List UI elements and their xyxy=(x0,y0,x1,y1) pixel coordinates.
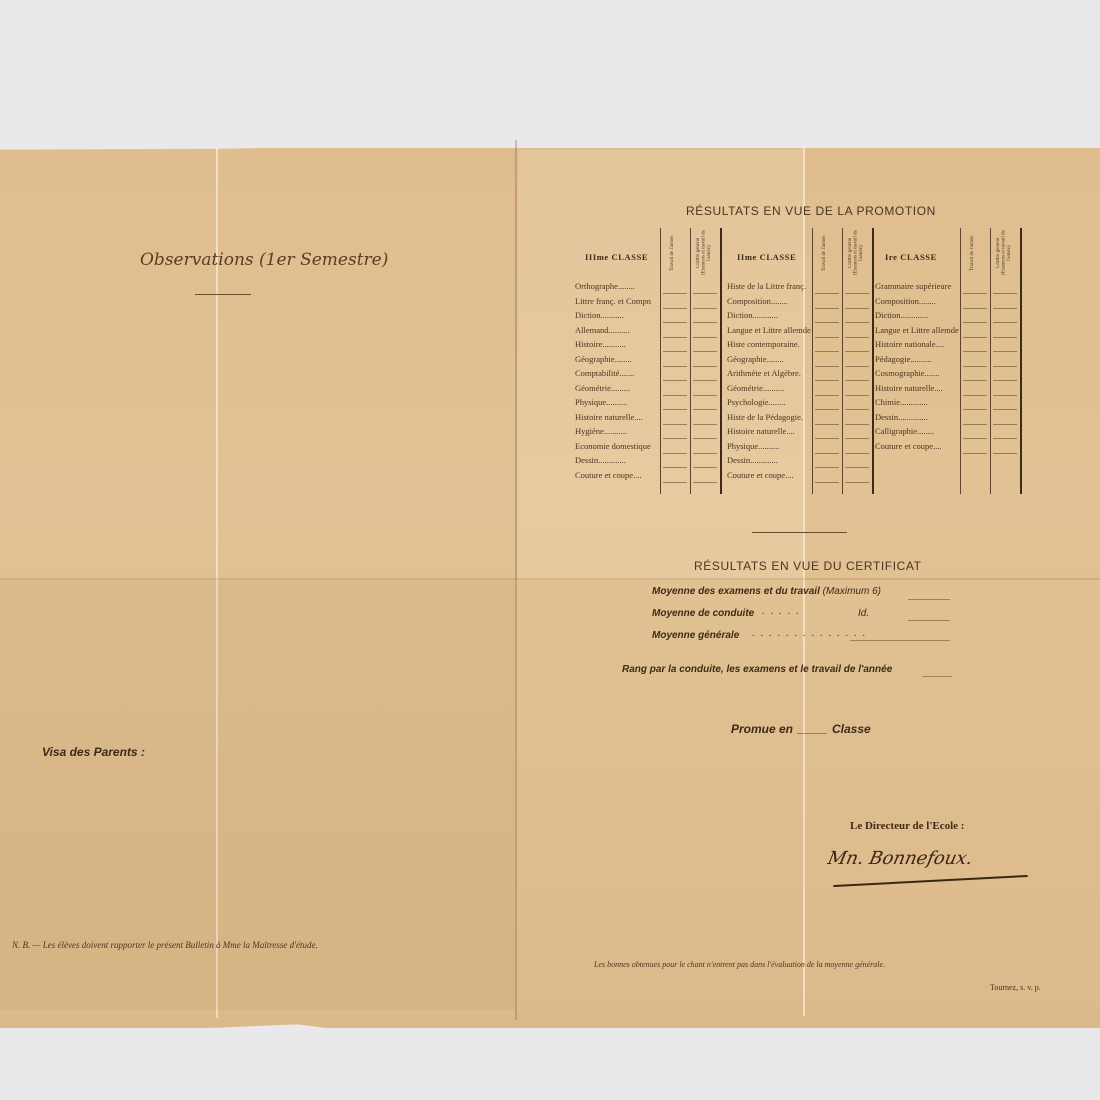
column-rule xyxy=(842,228,843,494)
chiffre-cell[interactable] xyxy=(693,308,717,309)
chiffre-cell[interactable] xyxy=(693,351,717,352)
travail-cell[interactable] xyxy=(663,395,687,396)
chiffre-cell[interactable] xyxy=(845,337,869,338)
cert-line-text: Moyenne générale xyxy=(652,630,739,641)
travail-cell[interactable] xyxy=(815,337,839,338)
travail-cell[interactable] xyxy=(815,482,839,483)
travail-cell[interactable] xyxy=(663,366,687,367)
travail-cell[interactable] xyxy=(663,482,687,483)
travail-cell[interactable] xyxy=(815,366,839,367)
chiffre-cell[interactable] xyxy=(845,351,869,352)
chiffre-cell[interactable] xyxy=(993,453,1017,454)
promotion-table: IIIme CLASSETravail de l'annéeChiffre gé… xyxy=(570,228,1030,494)
promoted-to-label: Promue en xyxy=(731,722,793,736)
chiffre-cell[interactable] xyxy=(993,337,1017,338)
travail-cell[interactable] xyxy=(663,467,687,468)
subject-label: Orthographe........ xyxy=(575,281,635,291)
travail-cell[interactable] xyxy=(963,453,987,454)
promoted-class-field[interactable] xyxy=(797,733,827,734)
chiffre-cell[interactable] xyxy=(993,409,1017,410)
travail-cell[interactable] xyxy=(815,308,839,309)
cert-general-average-field[interactable] xyxy=(850,640,950,641)
chiffre-cell[interactable] xyxy=(845,395,869,396)
chiffre-cell[interactable] xyxy=(845,453,869,454)
column-rule xyxy=(720,228,722,494)
travail-cell[interactable] xyxy=(963,409,987,410)
divider xyxy=(195,294,251,295)
subject-label: Hygiène........... xyxy=(575,426,627,436)
chiffre-cell[interactable] xyxy=(993,351,1017,352)
column-rule xyxy=(960,228,961,494)
travail-cell[interactable] xyxy=(815,409,839,410)
chiffre-cell[interactable] xyxy=(693,424,717,425)
subject-label: Histe de la Pédagogie. xyxy=(727,412,803,422)
column-rule xyxy=(1020,228,1022,494)
subject-label: Histoire nationale.... xyxy=(875,339,944,349)
subject-label: Pédagogie.......... xyxy=(875,354,932,364)
director-signature: Mn. Bonnefoux. xyxy=(826,848,975,869)
subject-label: Géographie........ xyxy=(727,354,784,364)
travail-cell[interactable] xyxy=(663,293,687,294)
subject-label: Littre franç. et Compn xyxy=(575,296,651,306)
chiffre-cell[interactable] xyxy=(993,366,1017,367)
travail-cell[interactable] xyxy=(663,322,687,323)
chiffre-cell[interactable] xyxy=(693,395,717,396)
observations-title: Observations (1er Semestre) xyxy=(140,250,388,270)
chiffre-cell[interactable] xyxy=(693,482,717,483)
subject-label: Comptabilité....... xyxy=(575,368,634,378)
subject-label: Grammaire supérieure xyxy=(875,281,951,291)
fold-line xyxy=(515,140,517,1020)
promotion-heading: RÉSULTATS EN VUE DE LA PROMOTION xyxy=(686,204,936,218)
cert-line-text: Moyenne de conduite xyxy=(652,608,754,619)
subject-label: Dessin............. xyxy=(575,455,626,465)
column-header-chiffre: Chiffre général (Examens et travail de l… xyxy=(696,230,714,276)
travail-cell[interactable] xyxy=(815,395,839,396)
travail-cell[interactable] xyxy=(663,380,687,381)
travail-cell[interactable] xyxy=(963,322,987,323)
column-header-travail: Travail de l'année xyxy=(822,230,828,276)
subject-label: Arithméte et Algèbre. xyxy=(727,368,801,378)
chiffre-cell[interactable] xyxy=(693,453,717,454)
travail-cell[interactable] xyxy=(663,424,687,425)
cert-conduct-average-field[interactable] xyxy=(908,620,950,621)
cert-line-note: (Maximum 6) xyxy=(823,586,881,597)
class-label: Classe xyxy=(832,722,871,736)
dot-leader: .............. xyxy=(752,628,871,639)
chiffre-cell[interactable] xyxy=(993,380,1017,381)
chiffre-cell[interactable] xyxy=(993,293,1017,294)
cert-conduct-average-label: Moyenne de conduite xyxy=(652,608,754,619)
subject-label: Langue et Littre allemde xyxy=(727,325,811,335)
chiffre-cell[interactable] xyxy=(693,337,717,338)
subject-label: Diction........... xyxy=(575,310,624,320)
subject-label: Composition........ xyxy=(727,296,788,306)
travail-cell[interactable] xyxy=(815,322,839,323)
subject-label: Géométrie......... xyxy=(575,383,630,393)
column-rule xyxy=(660,228,661,494)
cert-line-note: Id. xyxy=(858,608,869,619)
travail-cell[interactable] xyxy=(963,293,987,294)
chiffre-cell[interactable] xyxy=(693,409,717,410)
subject-label: Chimie............. xyxy=(875,397,928,407)
travail-cell[interactable] xyxy=(815,453,839,454)
cert-line-text: Moyenne des examens et du travail xyxy=(652,586,820,597)
subject-label: Diction............ xyxy=(727,310,778,320)
cert-general-average-label: Moyenne générale xyxy=(652,630,739,641)
cert-exam-average-field[interactable] xyxy=(908,599,950,600)
column-header-chiffre: Chiffre général (Examens et travail de l… xyxy=(848,230,866,276)
director-label: Le Directeur de l'Ecole : xyxy=(850,820,964,832)
chiffre-cell[interactable] xyxy=(993,322,1017,323)
subject-label: Dessin.............. xyxy=(875,412,928,422)
subject-label: Couture et coupe.... xyxy=(575,470,642,480)
travail-cell[interactable] xyxy=(663,409,687,410)
subject-label: Histoire naturelle.... xyxy=(575,412,643,422)
subject-label: Psychologie........ xyxy=(727,397,786,407)
travail-cell[interactable] xyxy=(963,351,987,352)
rank-field[interactable] xyxy=(922,676,952,677)
subject-label: Couture et coupe.... xyxy=(727,470,794,480)
dot-leader: ..... xyxy=(762,606,805,617)
chiffre-cell[interactable] xyxy=(845,424,869,425)
class-header: IIme CLASSE xyxy=(737,252,796,262)
subject-label: Histe de la Littre franç. xyxy=(727,281,806,291)
subject-label: Histe contemporaine. xyxy=(727,339,800,349)
travail-cell[interactable] xyxy=(963,366,987,367)
subject-label: Histoire naturelle.... xyxy=(727,426,795,436)
chiffre-cell[interactable] xyxy=(845,293,869,294)
chiffre-cell[interactable] xyxy=(693,322,717,323)
column-rule xyxy=(990,228,991,494)
travail-cell[interactable] xyxy=(815,380,839,381)
chiffre-cell[interactable] xyxy=(693,438,717,439)
travail-cell[interactable] xyxy=(663,453,687,454)
chiffre-cell[interactable] xyxy=(845,438,869,439)
travail-cell[interactable] xyxy=(815,351,839,352)
column-rule xyxy=(690,228,691,494)
cert-exam-average-label: Moyenne des examens et du travail (Maxim… xyxy=(652,586,881,597)
subject-label: Diction............. xyxy=(875,310,928,320)
subject-label: Dessin............. xyxy=(727,455,778,465)
travail-cell[interactable] xyxy=(815,424,839,425)
class-header: Ire CLASSE xyxy=(885,252,937,262)
chiffre-cell[interactable] xyxy=(993,395,1017,396)
footnote: Les bonnes obtenues pour le chant n'entr… xyxy=(594,960,885,969)
chiffre-cell[interactable] xyxy=(693,366,717,367)
travail-cell[interactable] xyxy=(963,438,987,439)
chiffre-cell[interactable] xyxy=(845,482,869,483)
subject-label: Economie domestique xyxy=(575,441,651,451)
column-rule xyxy=(812,228,813,494)
subject-label: Physique.......... xyxy=(727,441,779,451)
subject-label: Cosmographie....... xyxy=(875,368,939,378)
travail-cell[interactable] xyxy=(963,395,987,396)
subject-label: Calligraphie........ xyxy=(875,426,934,436)
travail-cell[interactable] xyxy=(815,467,839,468)
subject-label: Histoire........... xyxy=(575,339,626,349)
subject-label: Géographie........ xyxy=(575,354,632,364)
chiffre-cell[interactable] xyxy=(993,308,1017,309)
subject-label: Langue et Littre allemde xyxy=(875,325,959,335)
subject-label: Physique.......... xyxy=(575,397,627,407)
column-header-travail: Travail de l'année xyxy=(970,230,976,276)
travail-cell[interactable] xyxy=(663,351,687,352)
chiffre-cell[interactable] xyxy=(993,424,1017,425)
travail-cell[interactable] xyxy=(963,308,987,309)
chiffre-cell[interactable] xyxy=(693,467,717,468)
chiffre-cell[interactable] xyxy=(845,322,869,323)
chiffre-cell[interactable] xyxy=(845,409,869,410)
travail-cell[interactable] xyxy=(663,308,687,309)
travail-cell[interactable] xyxy=(815,293,839,294)
travail-cell[interactable] xyxy=(963,424,987,425)
chiffre-cell[interactable] xyxy=(693,380,717,381)
rank-label: Rang par la conduite, les examens et le … xyxy=(622,664,892,675)
chiffre-cell[interactable] xyxy=(845,308,869,309)
chiffre-cell[interactable] xyxy=(845,467,869,468)
cert-conduct-note: Id. xyxy=(858,608,869,619)
nb-note: N. B. — Les élèves doivent rapporter le … xyxy=(12,940,318,950)
parents-visa-label: Visa des Parents : xyxy=(42,745,145,759)
subject-label: Composition........ xyxy=(875,296,936,306)
class-header: IIIme CLASSE xyxy=(585,252,648,262)
travail-cell[interactable] xyxy=(663,438,687,439)
chiffre-cell[interactable] xyxy=(993,438,1017,439)
chiffre-cell[interactable] xyxy=(845,380,869,381)
turn-over-note: Tournez, s. v. p. xyxy=(990,983,1041,992)
subject-label: Histoire naturelle.... xyxy=(875,383,943,393)
subject-label: Géométrie.......... xyxy=(727,383,784,393)
divider xyxy=(752,532,847,533)
travail-cell[interactable] xyxy=(815,438,839,439)
travail-cell[interactable] xyxy=(963,380,987,381)
column-rule xyxy=(872,228,874,494)
subject-label: Couture et coupe.... xyxy=(875,441,942,451)
subject-label: Allemand.......... xyxy=(575,325,630,335)
column-header-travail: Travail de l'année xyxy=(670,230,676,276)
certificat-heading: RÉSULTATS EN VUE DU CERTIFICAT xyxy=(694,559,922,573)
chiffre-cell[interactable] xyxy=(693,293,717,294)
travail-cell[interactable] xyxy=(963,337,987,338)
travail-cell[interactable] xyxy=(663,337,687,338)
chiffre-cell[interactable] xyxy=(845,366,869,367)
column-header-chiffre: Chiffre général (Examens et travail de l… xyxy=(996,230,1014,276)
